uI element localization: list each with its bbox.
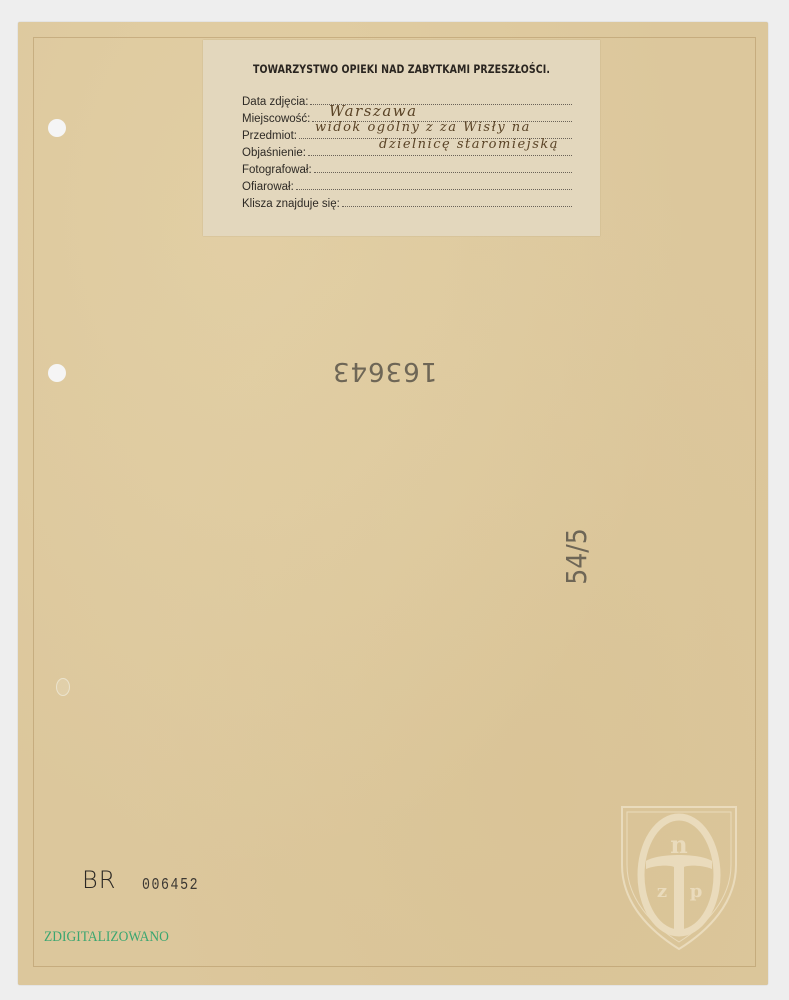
- dotted-line: [296, 180, 572, 190]
- pencil-fraction-note: 54/5: [560, 528, 593, 585]
- field-label: Ofiarował:: [242, 181, 294, 193]
- shield-monogram-watermark-icon: n z p: [618, 803, 740, 953]
- field-label: Miejscowość:: [242, 113, 310, 125]
- svg-text:z: z: [657, 881, 667, 902]
- br-handwritten-prefix: BR: [82, 866, 116, 894]
- dotted-line: [342, 197, 572, 207]
- svg-text:p: p: [690, 881, 703, 902]
- dotted-line: [314, 163, 572, 173]
- record-card: TOWARZYSTWO OPIEKI NAD ZABYTKAMI PRZESZŁ…: [203, 40, 600, 236]
- field-photographer: Fotografował:: [242, 163, 572, 177]
- handwritten-subject: widok ogólny z za Wisły na: [315, 120, 531, 135]
- card-title: TOWARZYSTWO OPIEKI NAD ZABYTKAMI PRZESZŁ…: [239, 62, 565, 76]
- field-donor: Ofiarował:: [242, 180, 572, 194]
- punch-hole-top: [48, 119, 66, 137]
- field-label: Fotografował:: [242, 164, 312, 176]
- punch-hole-middle: [48, 364, 66, 382]
- svg-text:n: n: [670, 830, 687, 859]
- field-label: Data zdjęcia:: [242, 96, 308, 108]
- punch-hole-mark: [56, 678, 70, 696]
- handwritten-location: Warszawa: [329, 102, 418, 120]
- field-label: Przedmiot:: [242, 130, 297, 142]
- field-negative-location: Klisza znajduje się:: [242, 197, 572, 211]
- inventory-number-upside-down: 163643: [332, 356, 437, 386]
- br-stamped-number: 006452: [142, 876, 199, 895]
- digitized-stamp: ZDIGITALIZOWANO: [44, 929, 169, 946]
- field-label: Klisza znajduje się:: [242, 198, 340, 210]
- field-label: Objaśnienie:: [242, 147, 306, 159]
- handwritten-explanation: dzielnicę staromiejską: [379, 137, 559, 152]
